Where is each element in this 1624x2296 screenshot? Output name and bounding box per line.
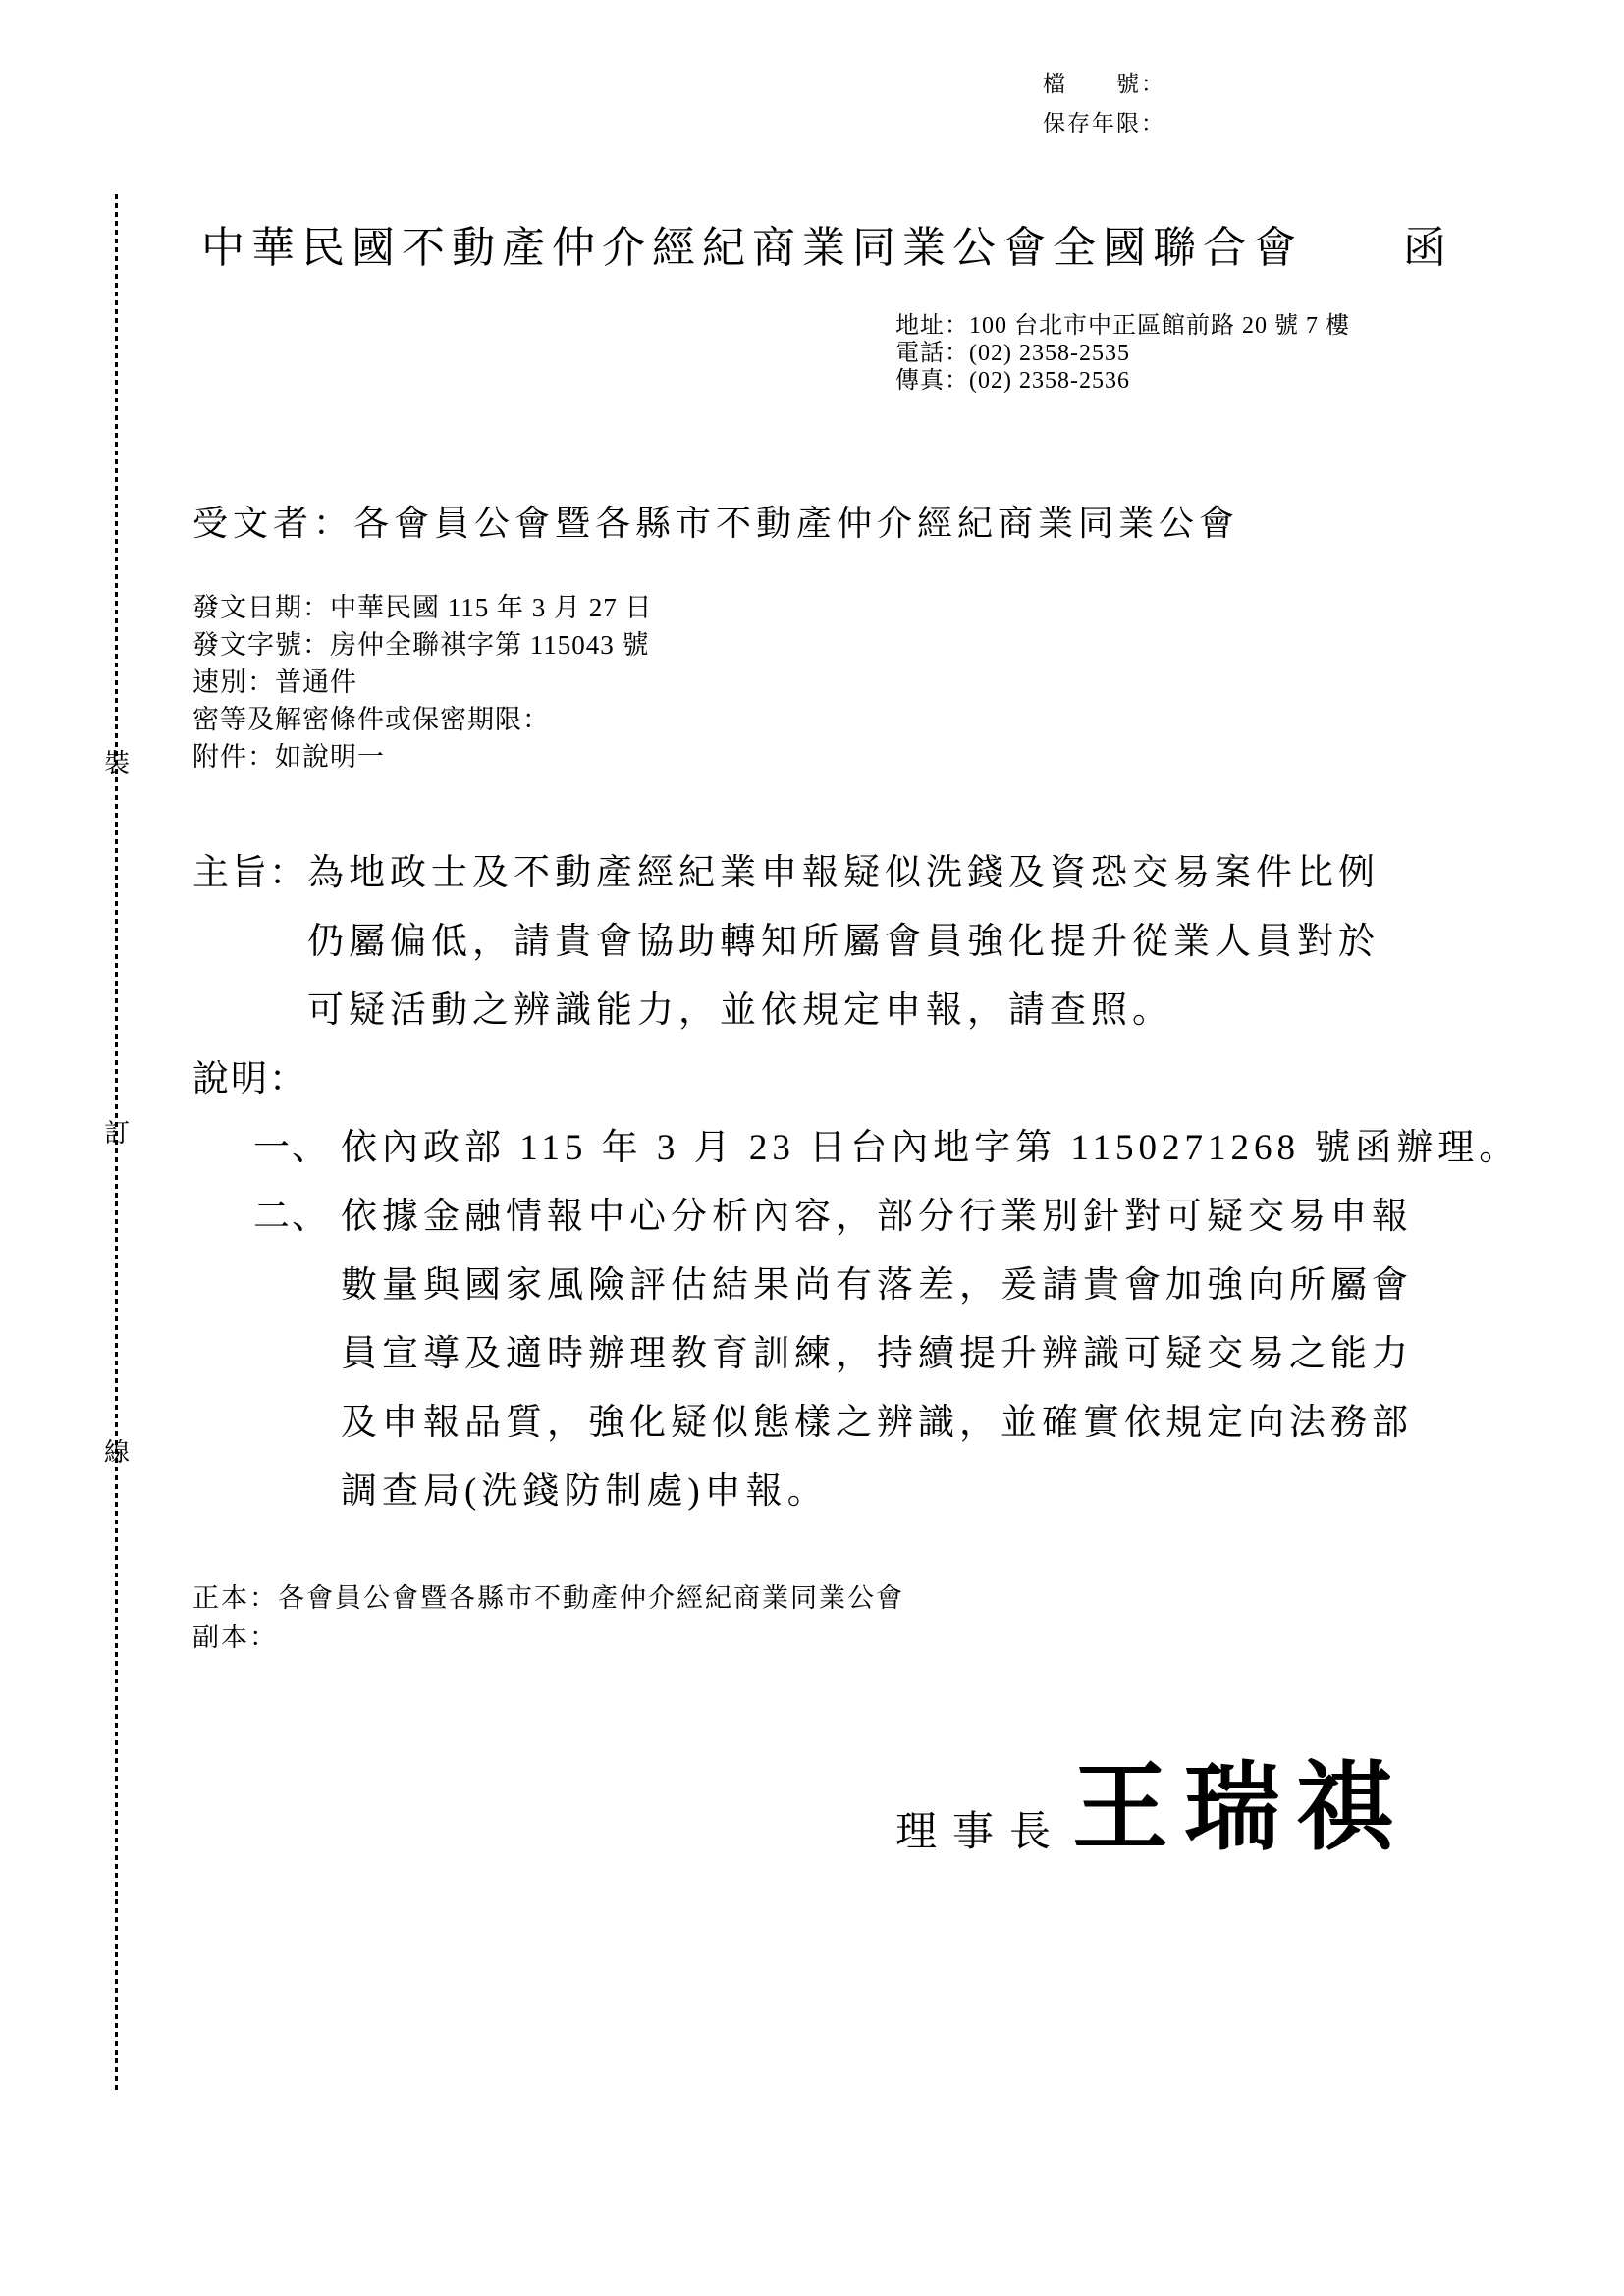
retention-period-label: 保存年限：: [1043, 104, 1165, 143]
meta-doc-number: 發文字號：房仲全聯祺字第 115043 號: [192, 626, 653, 664]
copies-block: 正本：各會員公會暨各縣市不動產仲介經紀商業同業公會 副本：: [192, 1578, 904, 1657]
item-line: 依內政部 115 年 3 月 23 日台內地字第 1150271268 號函辦理…: [341, 1114, 1520, 1183]
binding-char-zhuang: 裝: [102, 749, 132, 778]
item-line: 數量與國家風險評估結果尚有落差，爰請貴會加強向所屬會: [341, 1252, 1469, 1320]
archive-label-block: 檔 號： 保存年限：: [1043, 65, 1165, 143]
signer-title: 理事長: [895, 1808, 1066, 1857]
official-letter-page: 檔 號： 保存年限： 裝 訂 線 中華民國不動產仲介經紀商業同業公會全國聯合會 …: [0, 0, 1624, 2296]
original-copy-label: 正本：: [192, 1583, 278, 1613]
subject-line: 仍屬偏低，請貴會協助轉知所屬會員強化提升從業人員對於: [307, 908, 1469, 977]
item-text: 依內政部 115 年 3 月 23 日台內地字第 1150271268 號函辦理…: [341, 1114, 1520, 1183]
explanation-item-1: 一、 依內政部 115 年 3 月 23 日台內地字第 1150271268 號…: [253, 1114, 1469, 1183]
file-number-label: 檔 號：: [1043, 65, 1165, 104]
original-copy-recipients: 各會員公會暨各縣市不動產仲介經紀商業同業公會: [278, 1583, 904, 1613]
subject-text: 為地政士及不動產經紀業申報疑似洗錢及資恐交易案件比例 仍屬偏低，請貴會協助轉知所…: [307, 839, 1469, 1045]
binding-char-ding: 訂: [102, 1119, 132, 1148]
item-line: 依據金融情報中心分析內容，部分行業別針對可疑交易申報: [341, 1183, 1469, 1252]
org-address: 地址：100 台北市中正區館前路 20 號 7 樓: [895, 312, 1350, 340]
explanation-label: 說明：: [192, 1045, 1469, 1114]
cc-copy-label: 副本：: [192, 1623, 278, 1652]
org-contact-block: 地址：100 台北市中正區館前路 20 號 7 樓 電話：(02) 2358-2…: [895, 312, 1350, 395]
item-number: 一、: [253, 1114, 341, 1183]
org-phone: 電話：(02) 2358-2535: [895, 340, 1350, 367]
org-fax: 傳真：(02) 2358-2536: [895, 367, 1350, 395]
signer-name: 王瑞祺: [1072, 1755, 1408, 1863]
item-text: 依據金融情報中心分析內容，部分行業別針對可疑交易申報 數量與國家風險評估結果尚有…: [341, 1183, 1469, 1526]
recipient-line: 受文者：各會員公會暨各縣市不動產仲介經紀商業同業公會: [192, 503, 1239, 544]
original-copy-line: 正本：各會員公會暨各縣市不動產仲介經紀商業同業公會: [192, 1578, 904, 1618]
binding-char-xian: 線: [102, 1438, 132, 1468]
subject-label: 主旨：: [192, 839, 307, 908]
meta-speed-class: 速別：普通件: [192, 664, 653, 701]
cc-copy-line: 副本：: [192, 1618, 904, 1657]
item-line: 員宣導及適時辦理教育訓練，持續提升辨識可疑交易之能力: [341, 1320, 1469, 1389]
document-title: 中華民國不動產仲介經紀商業同業公會全國聯合會 函: [201, 224, 1453, 273]
subject-block: 主旨： 為地政士及不動產經紀業申報疑似洗錢及資恐交易案件比例 仍屬偏低，請貴會協…: [192, 839, 1469, 1045]
item-line: 調查局(洗錢防制處)申報。: [341, 1458, 1469, 1526]
meta-issue-date: 發文日期：中華民國 115 年 3 月 27 日: [192, 589, 653, 626]
meta-block: 發文日期：中華民國 115 年 3 月 27 日 發文字號：房仲全聯祺字第 11…: [192, 589, 653, 775]
explanation-item-2: 二、 依據金融情報中心分析內容，部分行業別針對可疑交易申報 數量與國家風險評估結…: [253, 1183, 1469, 1526]
item-line: 及申報品質，強化疑似態樣之辨識，並確實依規定向法務部: [341, 1389, 1469, 1458]
letter-body: 主旨： 為地政士及不動產經紀業申報疑似洗錢及資恐交易案件比例 仍屬偏低，請貴會協…: [192, 839, 1469, 1526]
meta-security-class: 密等及解密條件或保密期限：: [192, 701, 653, 738]
meta-attachment: 附件：如說明一: [192, 738, 653, 775]
subject-line: 為地政士及不動產經紀業申報疑似洗錢及資恐交易案件比例: [307, 839, 1469, 908]
item-number: 二、: [253, 1183, 341, 1526]
subject-line: 可疑活動之辨識能力，並依規定申報，請查照。: [307, 977, 1469, 1045]
